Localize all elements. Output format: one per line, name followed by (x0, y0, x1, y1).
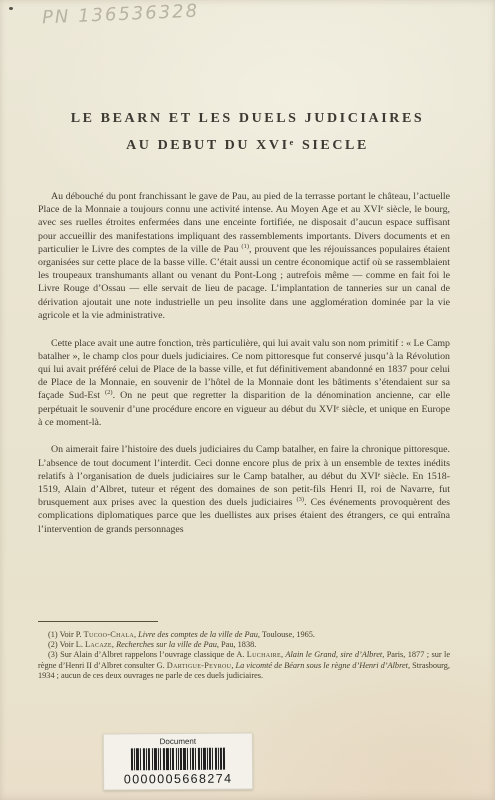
footnote-1-post: , Toulouse, 1965. (258, 630, 315, 639)
footnote-2-author: Lacaze (85, 640, 112, 649)
footnote-3: (3) Sur Alain d’Albret rappelons l’ouvra… (38, 650, 450, 681)
footnote-ref-2: (2) (105, 389, 113, 396)
footnote-3-author2: Dartigue-Peyrou (167, 661, 232, 670)
footnote-2: (2) Voir L. Lacaze, Recherches sur la vi… (38, 640, 450, 650)
footnote-3-text: (3) Sur Alain d’Albret rappelons l’ouvra… (48, 650, 247, 659)
article-title: LE BEARN ET LES DUELS JUDICIAIRES AU DEB… (0, 111, 495, 165)
page-title-line2: AU DEBUT DU XVIᵉ SIECLE (0, 138, 495, 154)
library-barcode-sticker: Document 0000005668274 (103, 732, 253, 790)
footnote-2-post: , Pau, 1838. (217, 640, 256, 649)
paragraph-1-text-cont: , prouvent que les réjouissances populai… (38, 244, 450, 321)
footnote-3-author: Luchaire (247, 650, 281, 659)
footnote-1: (1) Voir P. Tucoo-Chala, Livre des compt… (38, 630, 450, 640)
footnotes-section: (1) Voir P. Tucoo-Chala, Livre des compt… (38, 600, 450, 681)
barcode-label: Document (160, 737, 197, 746)
footnote-1-author: Tucoo-Chala (84, 630, 134, 639)
scanned-page: { "page": { "handwritten_note": "PN 1365… (0, 0, 495, 800)
article-body: Au débouché du pont franchissant le gave… (38, 190, 450, 550)
footnote-ref-1: (1) (241, 243, 249, 250)
footnote-3-work-title: Alain le Grand, sire d’Albret (285, 650, 382, 659)
paragraph-2: Cette place avait une autre fonction, tr… (38, 337, 450, 429)
footnote-separator (38, 621, 158, 622)
footnote-1-text: (1) Voir P. (48, 630, 84, 639)
page-title-line1: LE BEARN ET LES DUELS JUDICIAIRES (0, 111, 495, 127)
barcode-icon (131, 748, 225, 771)
barcode-number: 0000005668274 (124, 772, 233, 787)
footnote-ref-3: (3) (297, 496, 305, 503)
paragraph-1: Au débouché du pont franchissant le gave… (38, 190, 450, 322)
handwritten-shelfmark: PN 136536328 (42, 1, 200, 29)
paragraph-3: On aimerait faire l’histoire des duels j… (38, 443, 450, 535)
scan-artifact-dot (9, 7, 13, 10)
footnote-2-work-title: Recherches sur la ville de Pau (116, 640, 217, 649)
footnote-2-text: (2) Voir L. (48, 640, 85, 649)
footnote-1-work-title: Livre des comptes de la ville de Pau (138, 630, 258, 639)
footnote-3-work-title2: La vicomté de Béarn sous le règne d’Henr… (235, 661, 408, 670)
